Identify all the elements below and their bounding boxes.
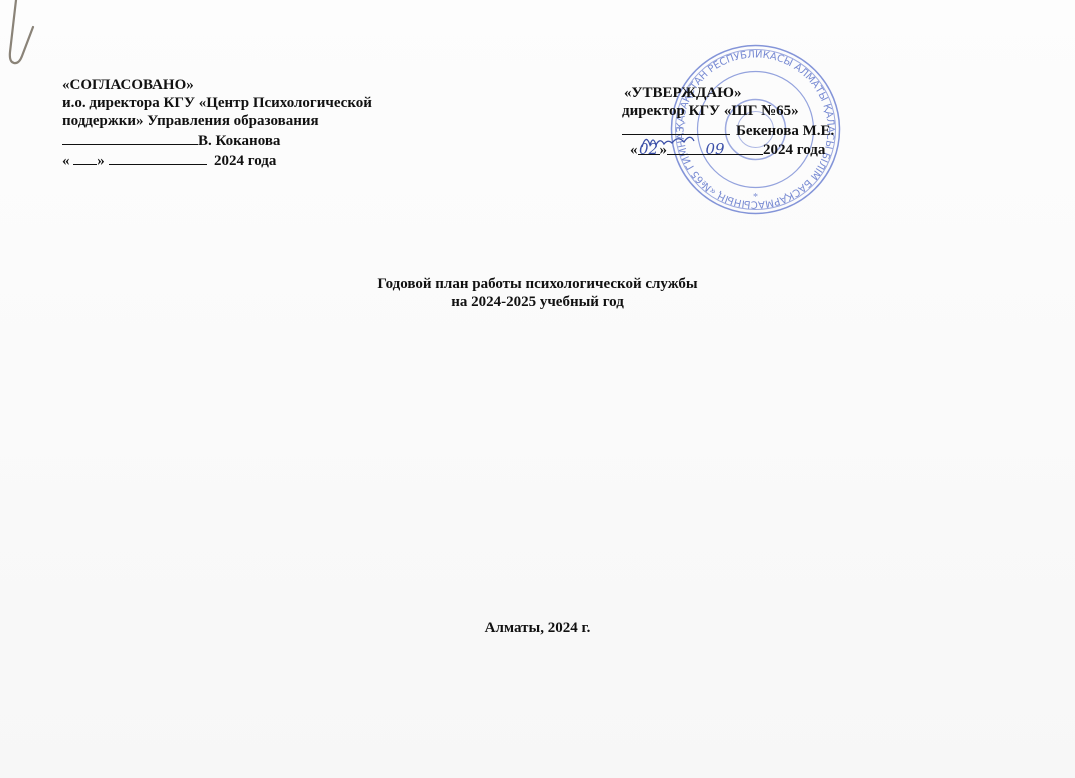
agreed-signer: В. Коканова xyxy=(198,133,280,149)
approved-year: 2024 года xyxy=(763,142,825,158)
day-blank xyxy=(73,150,97,165)
approved-heading: «УТВЕРЖДАЮ» xyxy=(622,84,834,102)
approval-block-agreed: «СОГЛАСОВАНО» и.о. директора КГУ «Центр … xyxy=(62,76,372,170)
agreed-signature-line: В. Коканова xyxy=(62,130,372,150)
agreed-position-line1: и.о. директора КГУ «Центр Психологическо… xyxy=(62,94,372,112)
document-title: Годовой план работы психологической служ… xyxy=(0,275,1075,311)
agreed-position-line2: поддержки» Управления образования xyxy=(62,112,372,130)
agreed-heading: «СОГЛАСОВАНО» xyxy=(62,76,372,94)
city-year: Алматы, 2024 г. xyxy=(0,620,1075,637)
paperclip-icon xyxy=(0,0,60,75)
approved-position: директор КГУ «ШГ №65» xyxy=(622,102,834,120)
agreed-year: 2024 года xyxy=(214,153,276,169)
handwritten-signature xyxy=(638,131,708,151)
approved-signer: Бекенова М.Е. xyxy=(736,123,834,139)
agreed-date-line: « » 2024 года xyxy=(62,150,372,170)
document-page: «СОГЛАСОВАНО» и.о. директора КГУ «Центр … xyxy=(0,0,1075,778)
signature-blank xyxy=(62,130,198,145)
title-line2: на 2024-2025 учебный год xyxy=(0,293,1075,311)
month-blank xyxy=(109,150,207,165)
svg-text:*: * xyxy=(753,192,758,203)
title-line1: Годовой план работы психологической служ… xyxy=(0,275,1075,293)
